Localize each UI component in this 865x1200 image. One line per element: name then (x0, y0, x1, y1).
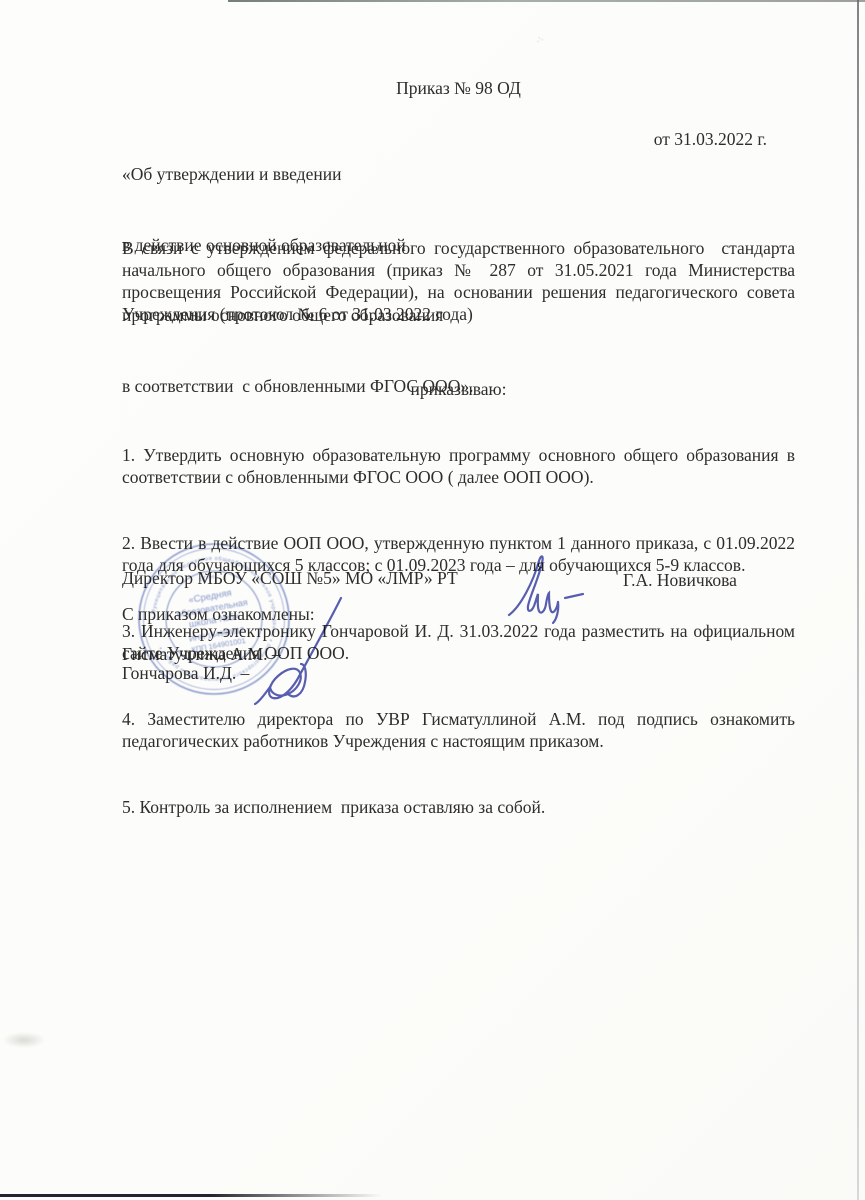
resolution-word: приказываю: (122, 378, 795, 400)
order-item: 1. Утвердить основную образовательную пр… (122, 444, 795, 488)
scan-artifact-bottom-edge (0, 1194, 382, 1197)
scan-artifact-smudge (2, 1032, 46, 1048)
order-item: 4. Заместителю директора по УВР Гисматул… (122, 708, 795, 752)
acknowledgement-signature (243, 592, 348, 712)
order-item: 5. Контроль за исполнением приказа остав… (122, 796, 795, 818)
director-name: Г.А. Новичкова (623, 569, 737, 591)
scan-artifact-right-edge (857, 0, 859, 1200)
scanned-order-document: :· Приказ № 98 ОД от 31.03.2022 г. «Об у… (0, 0, 865, 1200)
scan-artifact-top-edge (228, 0, 865, 2)
scan-artifact-smudge: :· (534, 33, 560, 57)
svg-text:ОГРН: ОГРН (199, 574, 215, 583)
document-title: Приказ № 98 ОД (122, 77, 795, 99)
subject-line: «Об утверждении и введении (122, 163, 622, 187)
document-date: от 31.03.2022 г. (654, 128, 767, 150)
preamble-paragraph: В связи с утверждением федерального госу… (122, 237, 795, 325)
director-signature (503, 549, 588, 624)
